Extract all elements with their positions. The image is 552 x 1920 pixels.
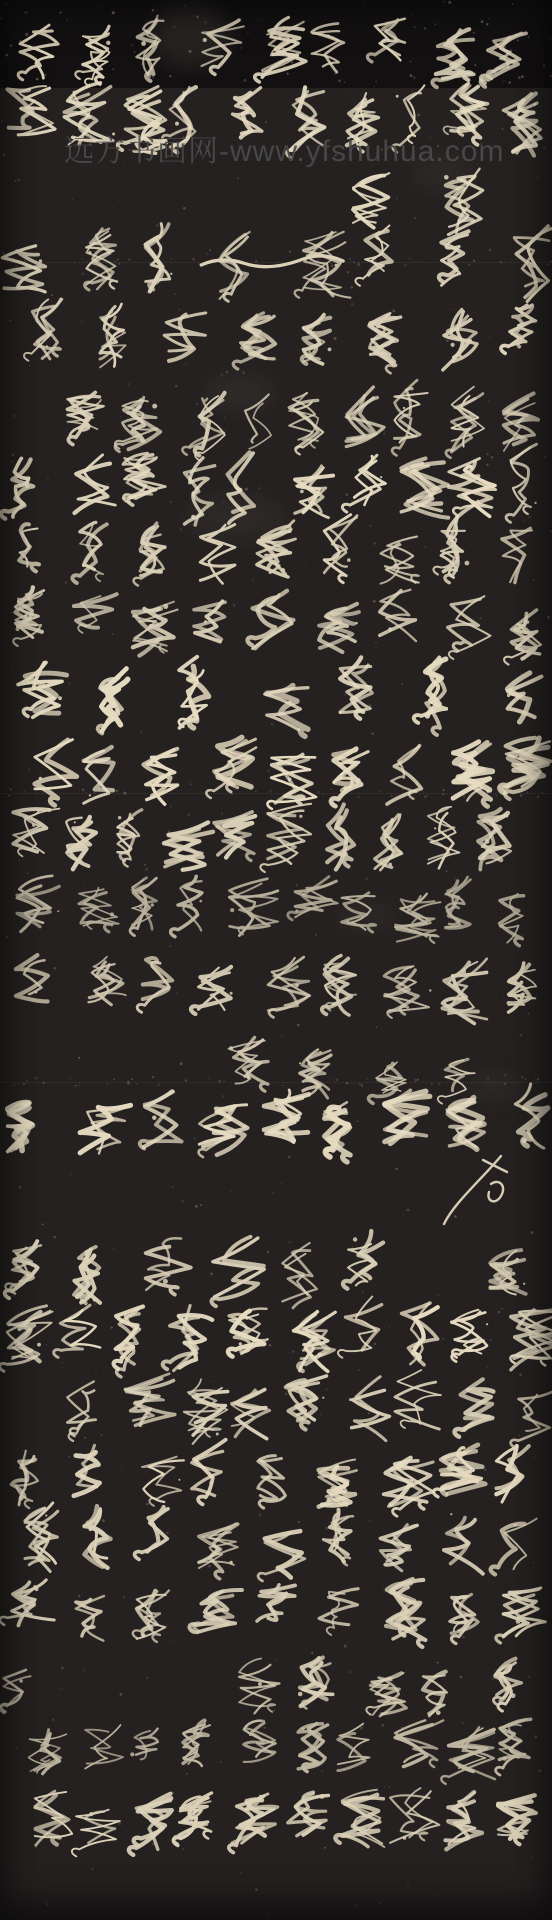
slash-mark	[428, 1152, 513, 1246]
calligraphy-row	[10, 1443, 540, 1513]
calligraphy-row	[230, 1652, 535, 1716]
calligraphy-row	[15, 952, 545, 1020]
calligraphy-row	[25, 1788, 535, 1850]
calligraphy-row	[30, 1718, 540, 1776]
calligraphy-row	[15, 16, 535, 82]
calligraphy-row	[5, 1578, 545, 1644]
calligraphy-row	[5, 1300, 550, 1368]
calligraphy-row	[20, 878, 540, 940]
calligraphy-row	[0, 1660, 22, 1706]
calligraphy-row	[60, 1373, 550, 1441]
calligraphy-row	[20, 658, 545, 734]
calligraphy-row	[30, 300, 545, 366]
calligraphy-row	[70, 383, 550, 451]
calligraphy-row	[492, 1238, 526, 1299]
calligraphy-row	[10, 450, 550, 521]
calligraphy-row	[15, 1505, 545, 1575]
calligraphy-row	[5, 588, 545, 656]
calligraphy-row	[5, 82, 550, 154]
calligraphy-row	[5, 805, 520, 871]
calligraphy-row	[10, 1085, 550, 1156]
calligraphy-row	[25, 738, 550, 809]
calligraphy-row	[5, 228, 550, 302]
rubbing-artwork: 远方书画网-www.yfshuhua.com	[0, 0, 552, 1920]
calligraphy-row	[15, 518, 540, 586]
calligraphy-row	[5, 1235, 390, 1303]
